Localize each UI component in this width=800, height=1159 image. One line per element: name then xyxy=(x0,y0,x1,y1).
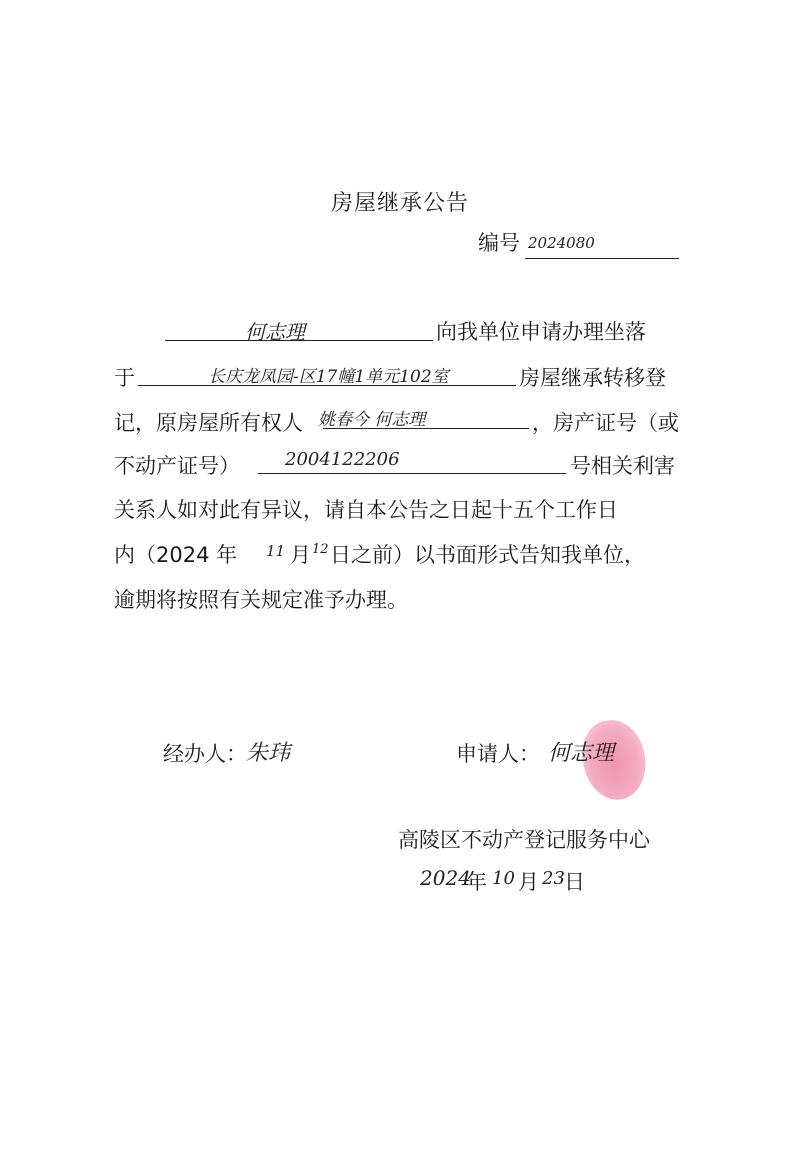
body-line-7: 逾期将按照有关规定准予办理。 xyxy=(114,584,408,614)
deadline-month-handwritten: 11 xyxy=(266,542,285,560)
applicant-name-underline xyxy=(165,340,433,341)
body-line-6-c: 日之前）以书面形式告知我单位， xyxy=(330,539,645,569)
date-day-handwritten: 23 xyxy=(542,868,565,889)
handler-label: 经办人： xyxy=(163,738,247,768)
applicant-label: 申请人： xyxy=(456,738,540,768)
body-line-3-suffix: ，房产证号（或 xyxy=(532,407,679,437)
body-line-3-prefix: 记，原房屋所有权人 xyxy=(114,407,303,437)
serial-number: 2024080 xyxy=(528,234,595,252)
original-owners-handwritten: 姚春今 何志理 xyxy=(318,405,425,430)
body-line-4-suffix: 号相关利害 xyxy=(570,450,675,480)
body-line-6-a: 内（2024 年 xyxy=(114,539,237,569)
document-title: 房屋继承公告 xyxy=(0,186,800,217)
date-day-label: 日 xyxy=(564,866,585,896)
body-line-5: 关系人如对此有异议，请自本公告之日起十五个工作日 xyxy=(114,494,618,524)
organization-name: 高陵区不动产登记服务中心 xyxy=(398,824,650,854)
original-owners-underline xyxy=(323,428,529,429)
date-month-label: 月 xyxy=(518,866,539,896)
applicant-signature: 何志理 xyxy=(548,736,614,767)
serial-label: 编号 xyxy=(478,227,520,257)
date-year-label: 年 xyxy=(466,866,487,896)
property-address-underline xyxy=(138,385,516,386)
body-line-6-b: 月 xyxy=(290,539,311,569)
date-year-handwritten: 2024 xyxy=(420,866,471,890)
body-line-4-prefix: 不动产证号） xyxy=(114,450,240,480)
property-address-handwritten: 长庆龙凤园-区17幢1单元102室 xyxy=(208,362,449,387)
date-month-handwritten: 10 xyxy=(492,868,515,889)
body-line-1: 向我单位申请办理坐落 xyxy=(436,316,646,346)
body-line-2-prefix: 于 xyxy=(114,362,135,392)
certificate-number-underline xyxy=(258,473,566,474)
deadline-day-handwritten: 12 xyxy=(312,542,329,557)
certificate-number-handwritten: 2004122206 xyxy=(285,449,400,470)
handler-signature: 朱玮 xyxy=(246,736,290,767)
body-line-2-suffix: 房屋继承转移登 xyxy=(519,362,666,392)
serial-underline xyxy=(525,258,679,259)
